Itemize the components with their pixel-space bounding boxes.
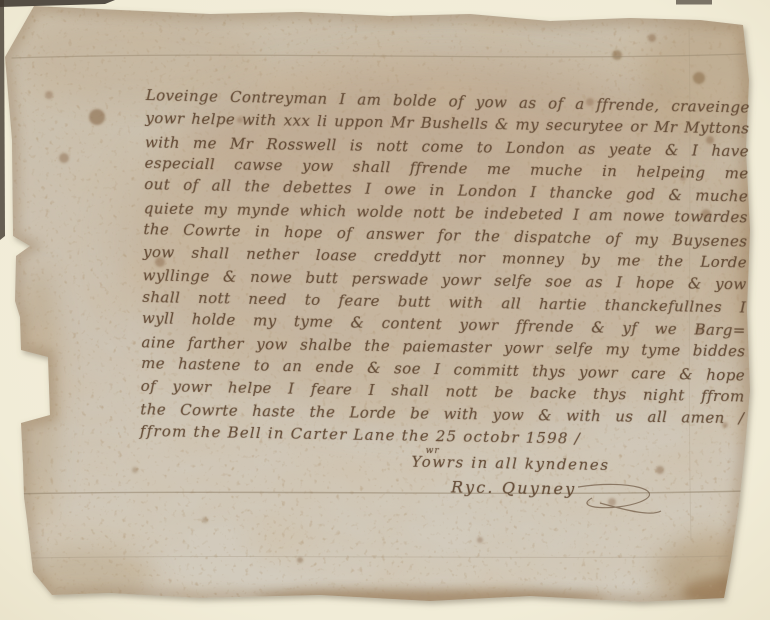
closing-text: Yowrs in all kyndenes (411, 452, 609, 473)
letter-closing: wr Yowrs in all kyndenes (411, 450, 743, 478)
closing-superscript: wr (425, 440, 439, 463)
manuscript-photograph: Loveinge Contreyman I am bolde of yow as… (0, 0, 770, 620)
letter-text-block: Loveinge Contreyman I am bolde of yow as… (139, 85, 750, 504)
